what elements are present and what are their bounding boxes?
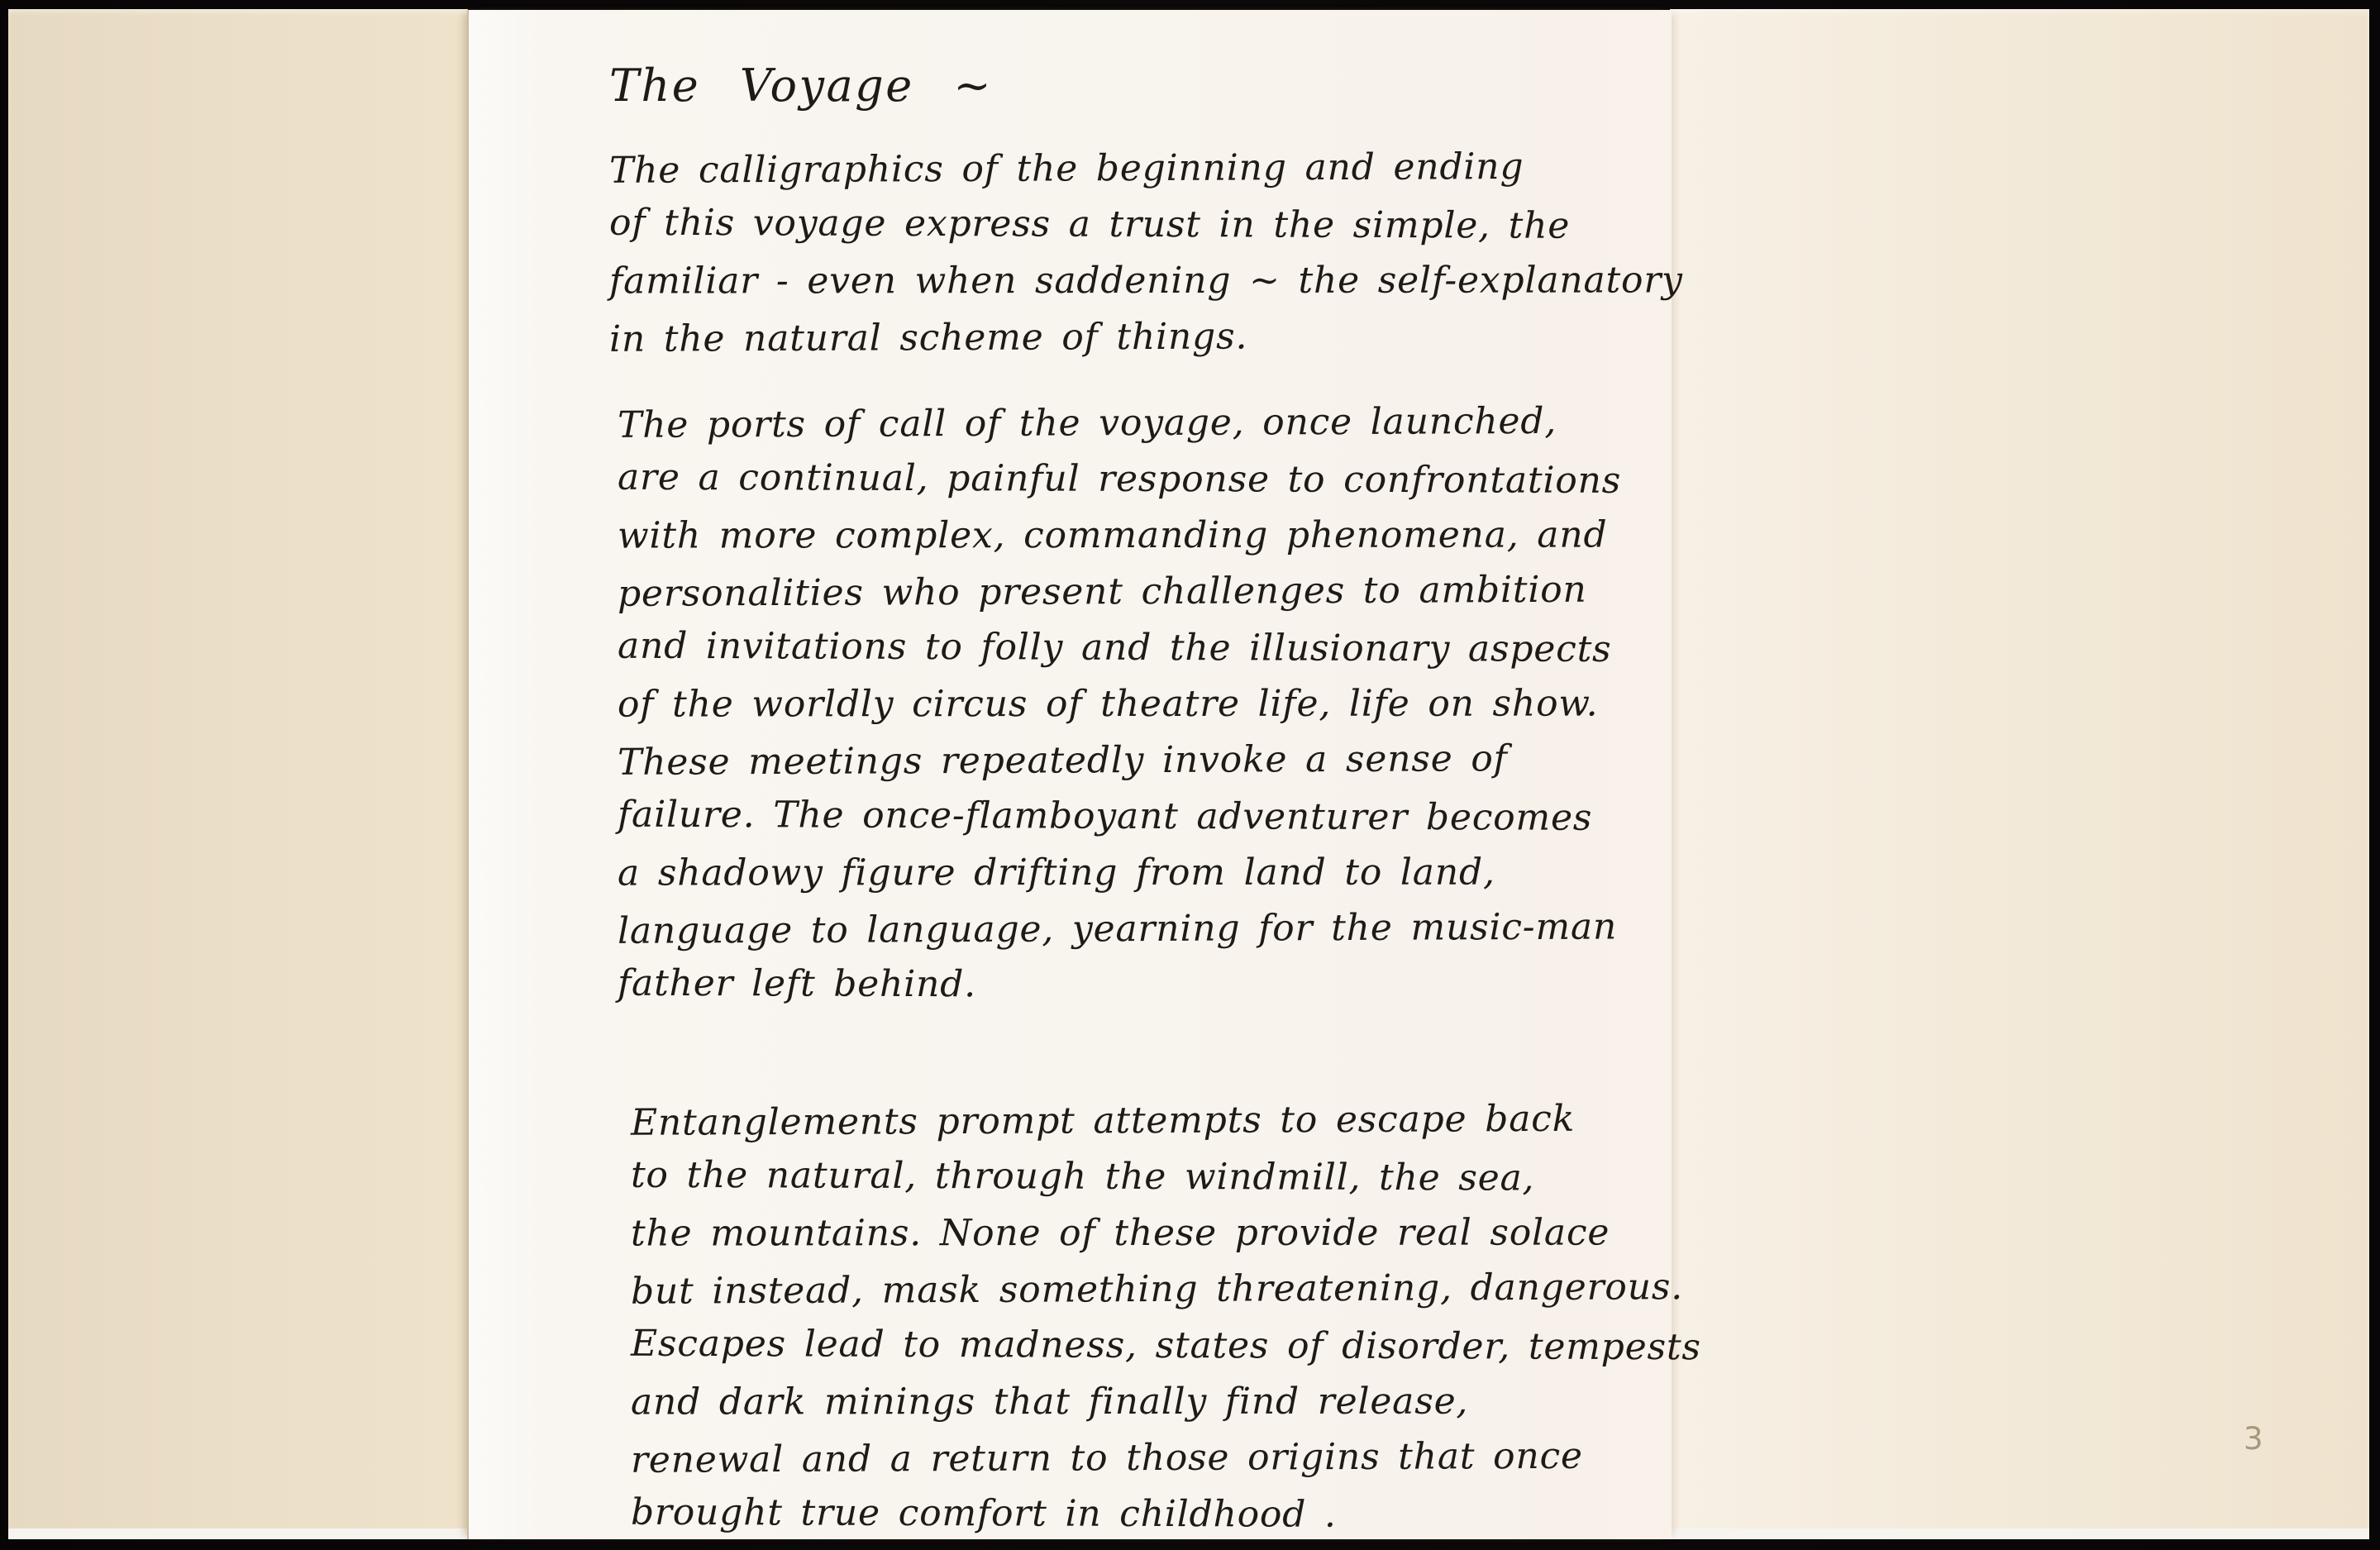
handwritten-line: language to language, yearning for the m… [618,899,1692,960]
handwritten-line: brought true comfort in childhood . [631,1485,1692,1544]
paper-sheet: The Voyage ~ The calligraphics of the be… [467,10,1672,1539]
handwritten-text-block: The Voyage ~ The calligraphics of the be… [609,48,1692,1543]
handwritten-line: personalities who present challenges to … [618,561,1692,622]
paragraph-2: The ports of call of the voyage, once la… [618,395,1692,1013]
handwritten-line: The calligraphics of the beginning and e… [609,138,1692,199]
handwritten-line: and dark minings that finally find relea… [631,1373,1692,1430]
handwritten-line: in the natural scheme of things. [609,307,1692,368]
handwritten-line: the mountains. None of these provide rea… [631,1204,1692,1261]
handwritten-line: a shadowy figure drifting from land to l… [618,844,1692,901]
handwritten-line: to the natural, through the windmill, th… [631,1147,1692,1207]
handwritten-line: but instead, mask something threatening,… [631,1259,1692,1320]
handwritten-line: familiar - even when saddening ~ the sel… [609,252,1692,309]
handwritten-line: are a continual, painful response to con… [618,450,1692,510]
paragraph-3: Entanglements prompt attempts to escape … [631,1093,1692,1543]
handwritten-line: Escapes lead to madness, states of disor… [631,1316,1692,1376]
scanned-page-photo: 3 The Voyage ~ The calligraphics of the … [0,0,2380,1550]
handwritten-line: failure. The once-flamboyant adventurer … [618,787,1692,847]
handwritten-line: Entanglements prompt attempts to escape … [631,1090,1692,1152]
handwritten-line: of this voyage express a trust in the si… [609,195,1692,255]
handwritten-line: father left behind. [618,956,1692,1016]
handwritten-line: of the worldly circus of theatre life, l… [618,675,1692,732]
handwritten-line: The ports of call of the voyage, once la… [618,393,1692,454]
mat-left [8,9,468,1529]
handwritten-line: These meetings repeatedly invoke a sense… [618,730,1692,791]
page-title: The Voyage ~ [609,48,1692,124]
page-number: 3 [2244,1421,2263,1457]
handwritten-line: and invitations to folly and the illusio… [618,618,1692,679]
mat-right: 3 [1670,9,2369,1529]
paragraph-1: The calligraphics of the beginning and e… [609,141,1692,365]
handwritten-line: renewal and a return to those origins th… [631,1428,1692,1489]
handwritten-line: with more complex, commanding phenomena,… [618,507,1692,564]
